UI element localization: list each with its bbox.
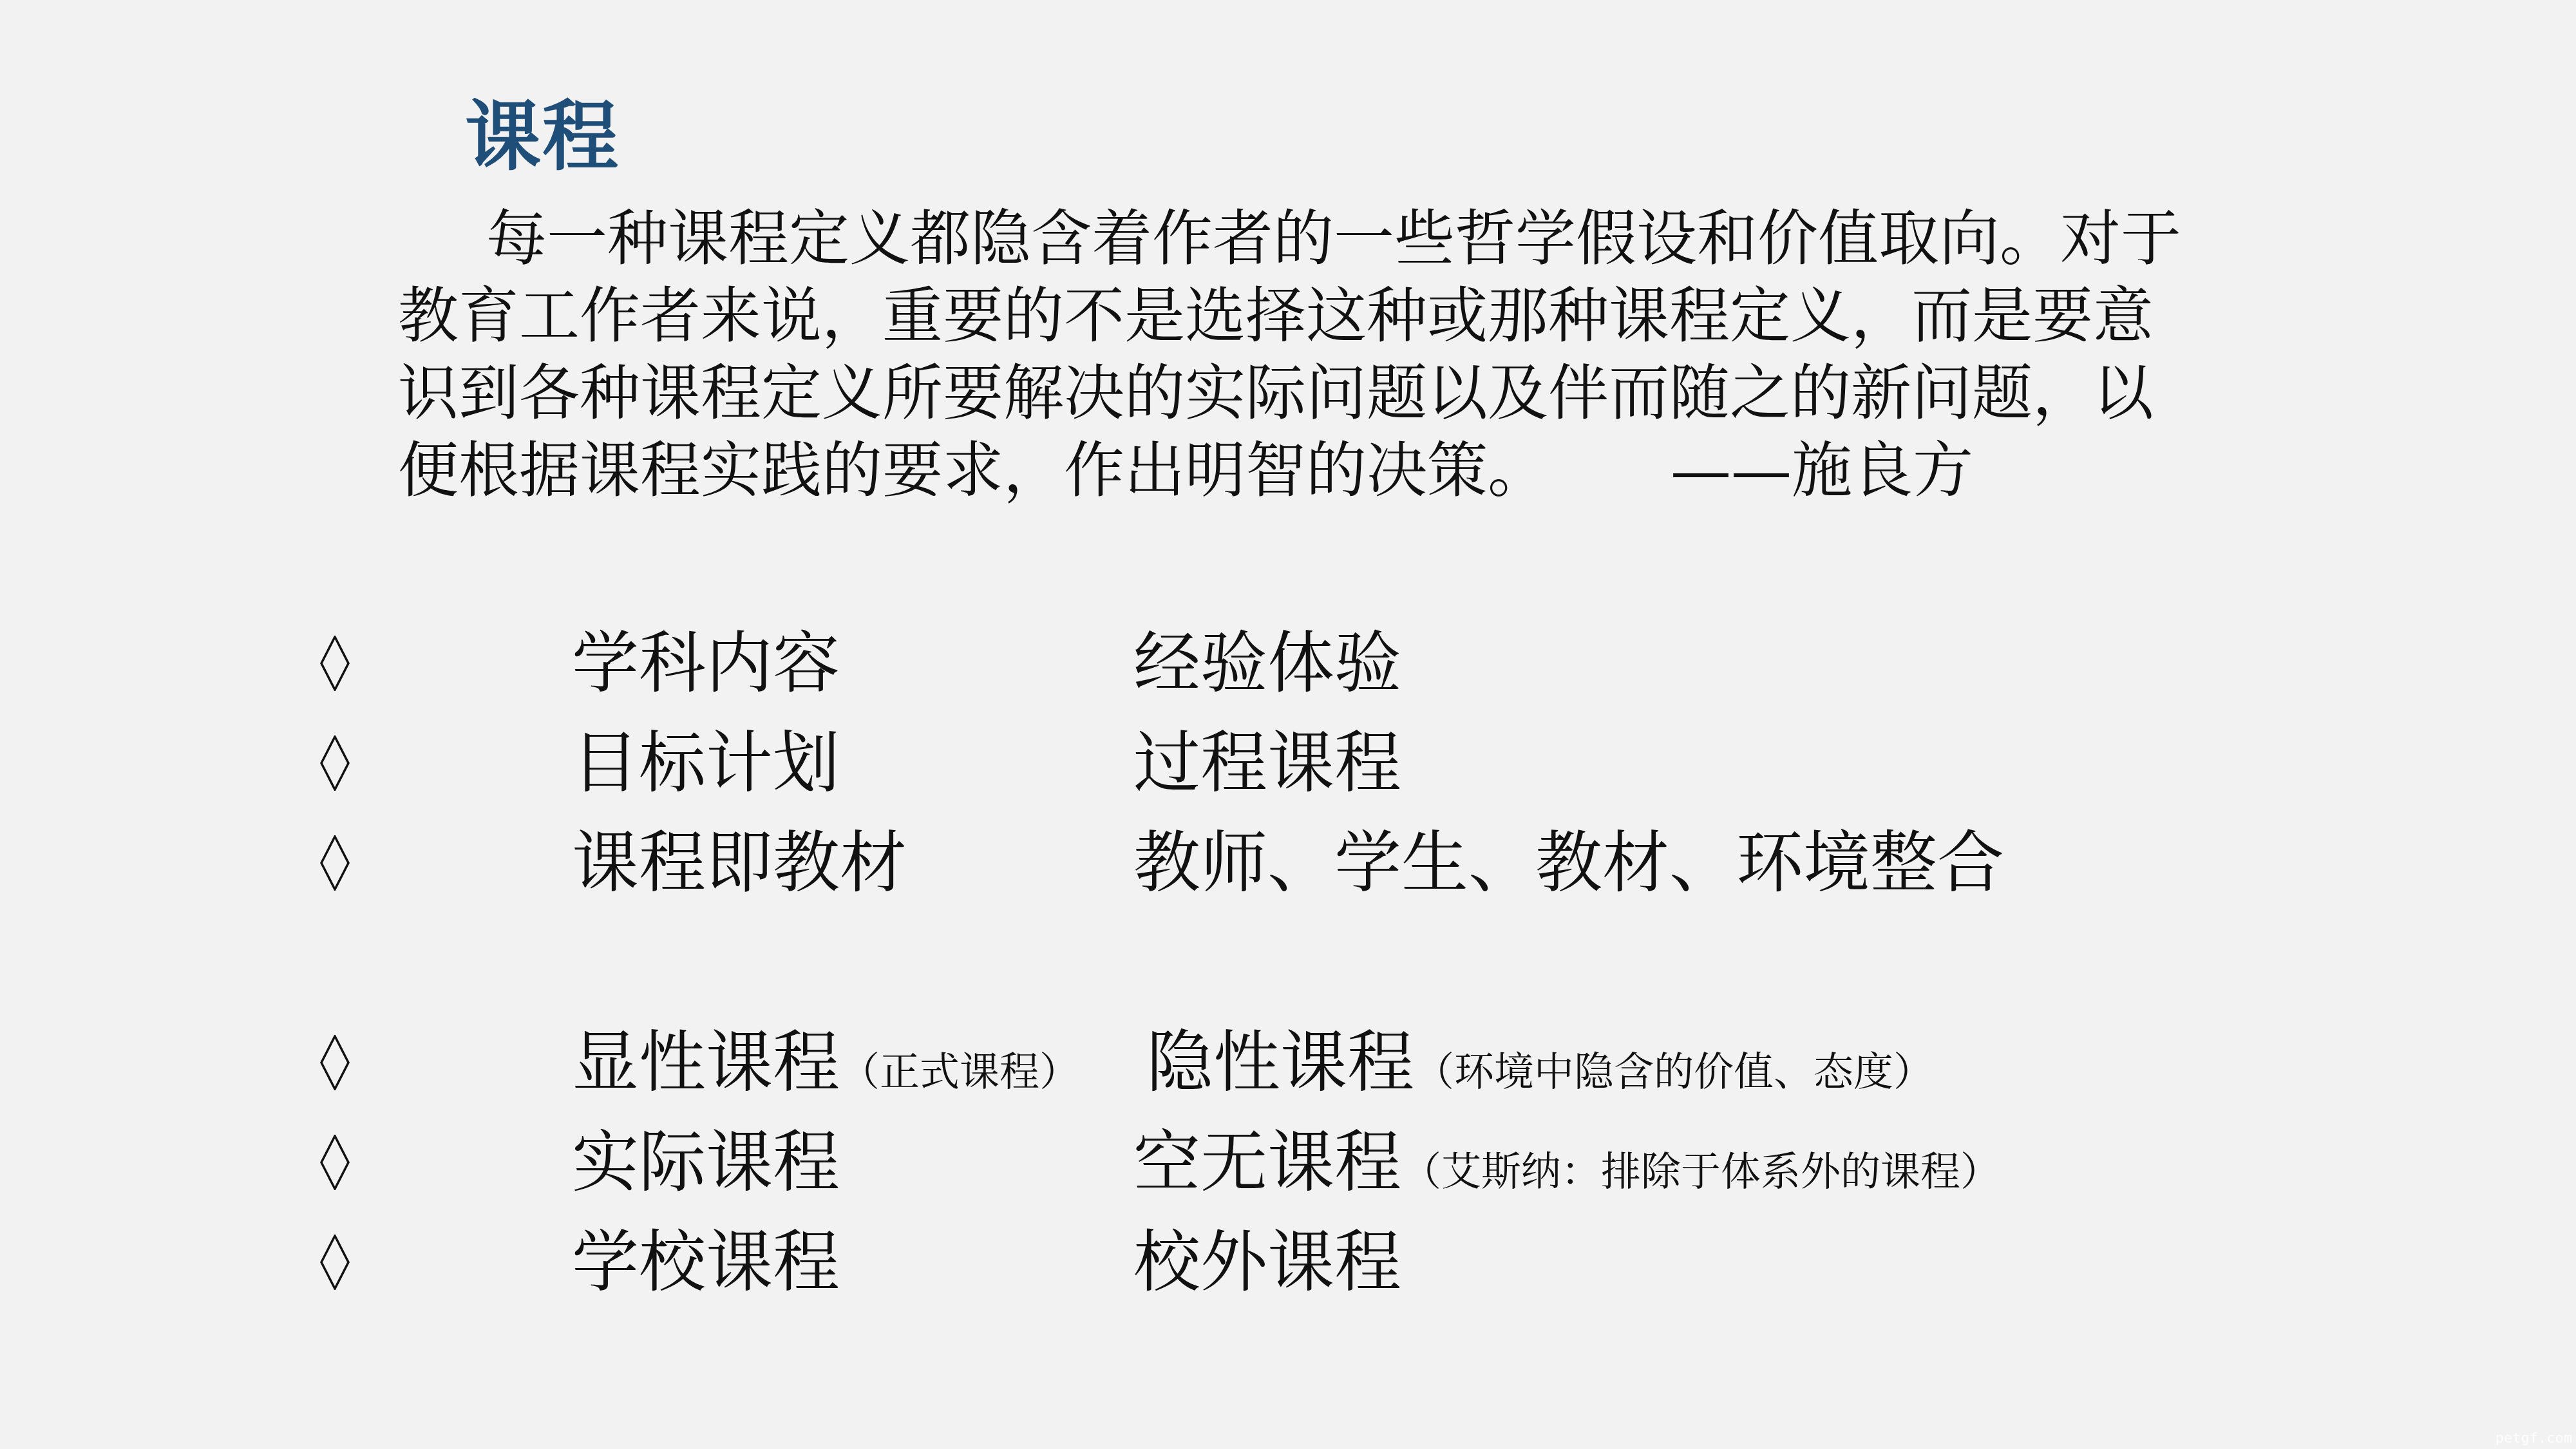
- right-term: 经验体验: [1133, 624, 1401, 703]
- diamond-bullet-icon: [320, 735, 350, 791]
- list-item-left: 目标计划: [572, 721, 840, 805]
- list-item: 实际课程 空无课程（艾斯纳：排除于体系外的课程）: [0, 1121, 2576, 1204]
- quote-author: ——施良方: [1671, 433, 1973, 510]
- right-term: 校外课程: [1133, 1223, 1401, 1302]
- list-item-left: 实际课程: [572, 1121, 840, 1204]
- right-term: 隐性课程: [1146, 1023, 1414, 1102]
- list-item-right: 过程课程: [1133, 721, 1401, 805]
- left-note: （正式课程）: [840, 1048, 1079, 1095]
- left-term: 显性课程: [572, 1023, 840, 1102]
- left-term: 课程即教材: [572, 824, 907, 902]
- left-term: 目标计划: [572, 724, 840, 802]
- list-item-right: 隐性课程（环境中隐含的价值、态度）: [1146, 1021, 1933, 1114]
- list-item: 学校课程 校外课程: [0, 1220, 2576, 1304]
- diamond-bullet-icon: [320, 636, 350, 691]
- left-term: 学校课程: [572, 1223, 840, 1302]
- diamond-bullet-icon: [320, 1235, 350, 1290]
- list-item-right: 教师、学生、教材、环境整合: [1133, 821, 2004, 905]
- list-item: 显性课程（正式课程） 隐性课程（环境中隐含的价值、态度）: [0, 1021, 2576, 1104]
- diamond-bullet-icon: [320, 835, 350, 891]
- quote-line-4: 便根据课程实践的要求，作出明智的决策。——施良方: [398, 433, 2330, 510]
- quote-paragraph: 每一种课程定义都隐含着作者的一些哲学假设和价值取向。对于 教育工作者来说，重要的…: [398, 201, 2330, 510]
- list-item-right: 经验体验: [1133, 621, 1401, 705]
- quote-line-1: 每一种课程定义都隐含着作者的一些哲学假设和价值取向。对于: [398, 201, 2330, 278]
- list-item-right: 空无课程（艾斯纳：排除于体系外的课程）: [1133, 1121, 2000, 1214]
- list-item-left: 学校课程: [572, 1220, 840, 1304]
- right-term: 空无课程: [1133, 1123, 1401, 1202]
- right-note: （艾斯纳：排除于体系外的课程）: [1401, 1148, 2000, 1195]
- list-item-left: 显性课程（正式课程）: [572, 1021, 1079, 1114]
- right-note: （环境中隐含的价值、态度）: [1414, 1048, 1933, 1095]
- right-term: 教师、学生、教材、环境整合: [1133, 824, 2004, 902]
- diamond-bullet-icon: [320, 1135, 350, 1190]
- list-item: 课程即教材 教师、学生、教材、环境整合: [0, 821, 2576, 905]
- list-item-left: 课程即教材: [572, 821, 907, 905]
- list-item-right: 校外课程: [1133, 1220, 1401, 1304]
- list-item-left: 学科内容: [572, 621, 840, 705]
- diamond-bullet-icon: [320, 1035, 350, 1090]
- list-item: 学科内容 经验体验: [0, 621, 2576, 705]
- quote-line-3: 识到各种课程定义所要解决的实际问题以及伴而随之的新问题，以: [398, 355, 2330, 433]
- left-term: 学科内容: [572, 624, 840, 703]
- quote-line-4-text: 便根据课程实践的要求，作出明智的决策。: [398, 436, 1548, 506]
- slide-title: 课程: [465, 91, 620, 182]
- list-item: 目标计划 过程课程: [0, 721, 2576, 805]
- quote-line-2: 教育工作者来说，重要的不是选择这种或那种课程定义，而是要意: [398, 278, 2330, 355]
- right-term: 过程课程: [1133, 724, 1401, 802]
- left-term: 实际课程: [572, 1123, 840, 1202]
- watermark: petgf.com: [2495, 1430, 2572, 1446]
